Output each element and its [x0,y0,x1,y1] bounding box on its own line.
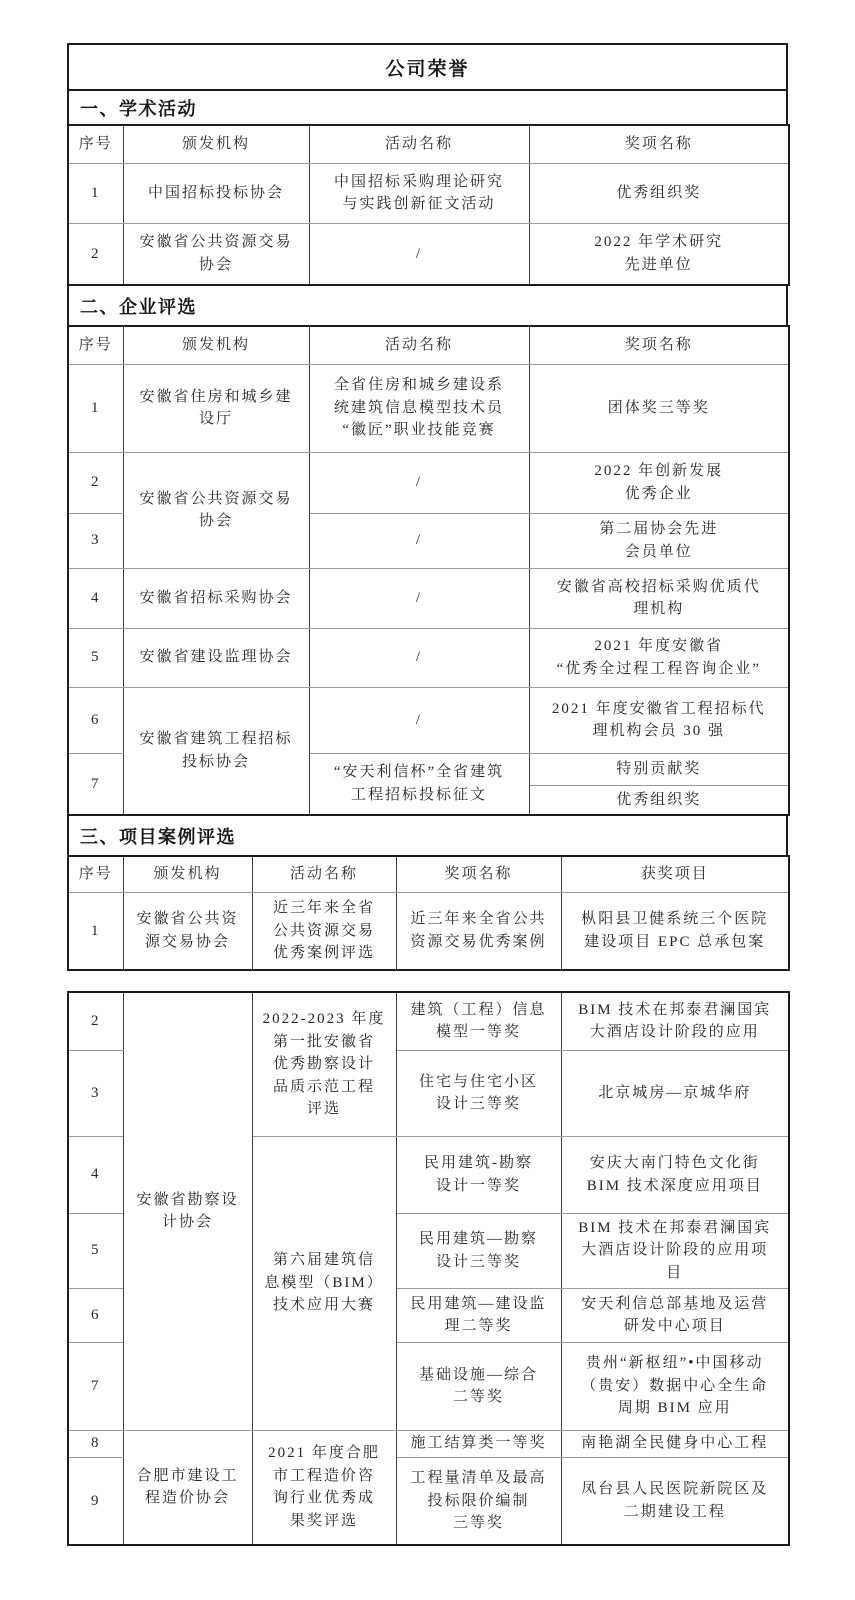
cell-project: BIM 技术在邦泰君澜国宾 大酒店设计阶段的应用 [561,992,789,1050]
cell-org: 安徽省建筑工程招标 投标协会 [123,687,309,815]
academic-table: 序号 颁发机构 活动名称 奖项名称 1 中国招标投标协会 中国招标采购理论研究 … [67,124,790,286]
header-cell-serial: 序号 [68,125,123,163]
cell-org: 安徽省公共资源交易 协会 [123,223,309,285]
cell-org: 安徽省住房和城乡建 设厅 [123,364,309,452]
cell-activity: / [309,568,529,628]
cell-serial: 1 [68,892,123,970]
cell-award: 近三年来全省公共 资源交易优秀案例 [396,892,561,970]
section-bar-project-case: 三、项目案例评选 [67,814,788,857]
cell-serial: 6 [68,1288,123,1342]
table-row: 1 安徽省公共资 源交易协会 近三年来全省 公共资源交易 优秀案例评选 近三年来… [68,892,789,970]
cell-award: 2022 年创新发展 优秀企业 [529,452,789,513]
cell-serial: 5 [68,628,123,687]
table-row: 4 安徽省招标采购协会 / 安徽省高校招标采购优质代 理机构 [68,568,789,628]
cell-activity: / [309,452,529,513]
header-cell-award: 奖项名称 [396,856,561,892]
cell-award: 2022 年学术研究 先进单位 [529,223,789,285]
cell-award: 特别贡献奖 [529,753,789,785]
cell-award: 工程量清单及最高 投标限价编制 三等奖 [396,1457,561,1545]
table-row: 2 安徽省公共资源交易 协会 / 2022 年学术研究 先进单位 [68,223,789,285]
header-cell-org: 颁发机构 [123,326,309,364]
cell-activity: 第六届建筑信 息模型（BIM） 技术应用大赛 [252,1136,396,1430]
table-row: 5 安徽省建设监理协会 / 2021 年度安徽省 “优秀全过程工程咨询企业” [68,628,789,687]
page-title: 公司荣誉 [67,43,788,91]
cell-activity: 2021 年度合肥 市工程造价咨 询行业优秀成 果奖评选 [252,1430,396,1545]
cell-award: 基础设施—综合 二等奖 [396,1342,561,1430]
cell-serial: 4 [68,1136,123,1213]
table-row: 2 安徽省勘察设 计协会 2022-2023 年度 第一批安徽省 优秀勘察设计 … [68,992,789,1050]
table-header-row: 序号 颁发机构 活动名称 奖项名称 [68,326,789,364]
project-case-table-part2: 2 安徽省勘察设 计协会 2022-2023 年度 第一批安徽省 优秀勘察设计 … [67,991,790,1546]
table-header-row: 序号 颁发机构 活动名称 奖项名称 获奖项目 [68,856,789,892]
cell-org: 中国招标投标协会 [123,163,309,223]
header-cell-org: 颁发机构 [123,125,309,163]
header-cell-project: 获奖项目 [561,856,789,892]
cell-award: 民用建筑—勘察 设计三等奖 [396,1213,561,1288]
cell-serial: 1 [68,163,123,223]
cell-activity: / [309,687,529,753]
section-bar-academic: 一、学术活动 [67,89,788,126]
cell-project: 贵州“新枢纽”•中国移动 （贵安）数据中心全生命 周期 BIM 应用 [561,1342,789,1430]
cell-serial: 9 [68,1457,123,1545]
cell-org: 安徽省招标采购协会 [123,568,309,628]
header-cell-activity: 活动名称 [309,125,529,163]
cell-activity: 全省住房和城乡建设系 统建筑信息模型技术员 “徽匠”职业技能竞赛 [309,364,529,452]
cell-activity: 2022-2023 年度 第一批安徽省 优秀勘察设计 品质示范工程 评选 [252,992,396,1136]
cell-serial: 2 [68,223,123,285]
cell-org: 合肥市建设工 程造价协会 [123,1430,252,1545]
cell-activity: 中国招标采购理论研究 与实践创新征文活动 [309,163,529,223]
cell-award: 优秀组织奖 [529,785,789,815]
cell-award: 建筑（工程）信息 模型一等奖 [396,992,561,1050]
cell-project: 安庆大南门特色文化街 BIM 技术深度应用项目 [561,1136,789,1213]
header-cell-activity: 活动名称 [252,856,396,892]
header-cell-serial: 序号 [68,326,123,364]
header-cell-activity: 活动名称 [309,326,529,364]
cell-serial: 6 [68,687,123,753]
cell-serial: 5 [68,1213,123,1288]
cell-project: 南艳湖全民健身中心工程 [561,1430,789,1457]
cell-serial: 1 [68,364,123,452]
cell-award: 民用建筑-勘察 设计一等奖 [396,1136,561,1213]
cell-award: 优秀组织奖 [529,163,789,223]
table-row: 1 中国招标投标协会 中国招标采购理论研究 与实践创新征文活动 优秀组织奖 [68,163,789,223]
enterprise-table: 序号 颁发机构 活动名称 奖项名称 1 安徽省住房和城乡建 设厅 全省住房和城乡… [67,325,790,816]
cell-project: 北京城房—京城华府 [561,1050,789,1136]
cell-org: 安徽省建设监理协会 [123,628,309,687]
cell-award: 第二届协会先进 会员单位 [529,513,789,568]
cell-award: 2021 年度安徽省工程招标代 理机构会员 30 强 [529,687,789,753]
document-page: 公司荣誉 一、学术活动 序号 颁发机构 活动名称 奖项名称 1 中国招标投标协会… [0,0,788,1546]
cell-serial: 3 [68,513,123,568]
cell-award: 团体奖三等奖 [529,364,789,452]
cell-award: 安徽省高校招标采购优质代 理机构 [529,568,789,628]
cell-project: 枞阳县卫健系统三个医院 建设项目 EPC 总承包案 [561,892,789,970]
page-break-gap [67,971,788,991]
cell-serial: 4 [68,568,123,628]
table-row: 2 安徽省公共资源交易 协会 / 2022 年创新发展 优秀企业 [68,452,789,513]
cell-award: 住宅与住宅小区 设计三等奖 [396,1050,561,1136]
cell-serial: 7 [68,1342,123,1430]
cell-project: 安天利信总部基地及运营 研发中心项目 [561,1288,789,1342]
cell-org: 安徽省公共资源交易 协会 [123,452,309,568]
cell-award: 民用建筑—建设监 理二等奖 [396,1288,561,1342]
cell-activity: “安天利信杯”全省建筑 工程招标投标征文 [309,753,529,815]
section-bar-enterprise: 二、企业评选 [67,284,788,327]
cell-project: 凤台县人民医院新院区及 二期建设工程 [561,1457,789,1545]
cell-activity: 近三年来全省 公共资源交易 优秀案例评选 [252,892,396,970]
cell-activity: / [309,513,529,568]
project-case-table-part1: 序号 颁发机构 活动名称 奖项名称 获奖项目 1 安徽省公共资 源交易协会 近三… [67,855,790,971]
header-cell-org: 颁发机构 [123,856,252,892]
cell-org: 安徽省公共资 源交易协会 [123,892,252,970]
cell-award: 施工结算类一等奖 [396,1430,561,1457]
cell-serial: 3 [68,1050,123,1136]
cell-project: BIM 技术在邦泰君澜国宾 大酒店设计阶段的应用项 目 [561,1213,789,1288]
cell-serial: 8 [68,1430,123,1457]
cell-award: 2021 年度安徽省 “优秀全过程工程咨询企业” [529,628,789,687]
header-cell-award: 奖项名称 [529,326,789,364]
cell-activity: / [309,628,529,687]
header-cell-award: 奖项名称 [529,125,789,163]
cell-org: 安徽省勘察设 计协会 [123,992,252,1430]
cell-activity: / [309,223,529,285]
header-cell-serial: 序号 [68,856,123,892]
table-header-row: 序号 颁发机构 活动名称 奖项名称 [68,125,789,163]
cell-serial: 2 [68,452,123,513]
table-row: 6 安徽省建筑工程招标 投标协会 / 2021 年度安徽省工程招标代 理机构会员… [68,687,789,753]
cell-serial: 7 [68,753,123,815]
table-row: 1 安徽省住房和城乡建 设厅 全省住房和城乡建设系 统建筑信息模型技术员 “徽匠… [68,364,789,452]
cell-serial: 2 [68,992,123,1050]
table-row: 8 合肥市建设工 程造价协会 2021 年度合肥 市工程造价咨 询行业优秀成 果… [68,1430,789,1457]
